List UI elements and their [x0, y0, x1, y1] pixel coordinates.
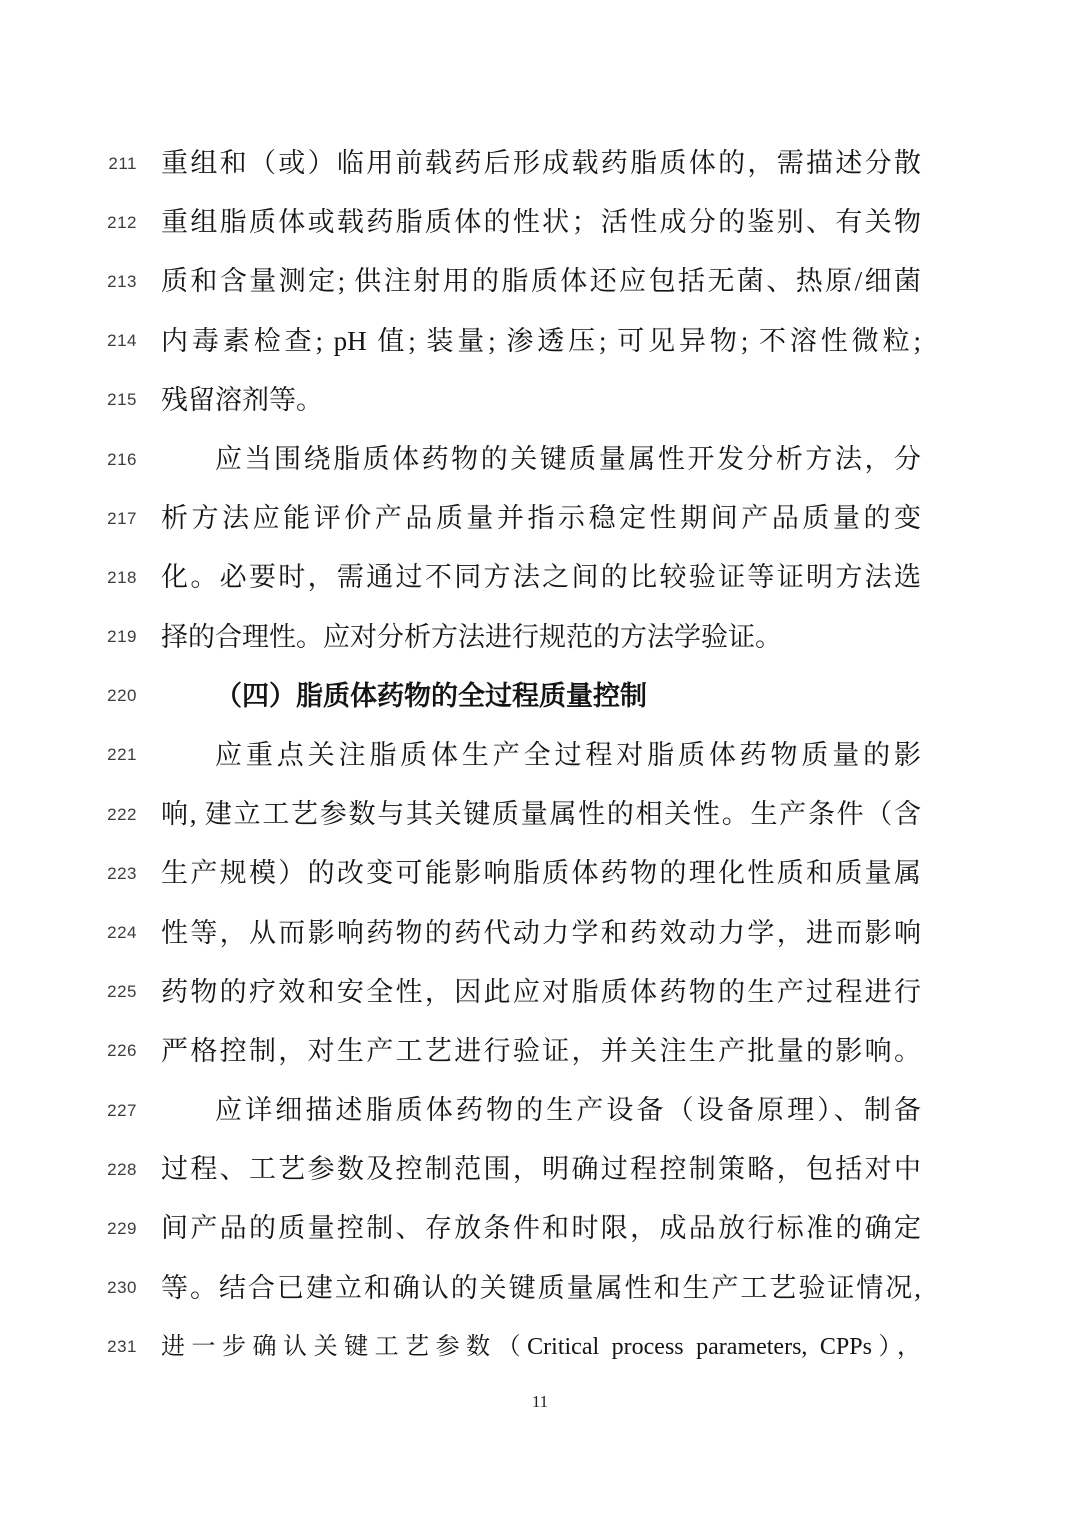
line-text: 应详细描述脂质体药物的生产设备（设备原理）、制备 — [161, 1095, 921, 1126]
line-text: 响, 建立工艺参数与其关键质量属性的相关性。生产条件（含 — [161, 799, 921, 830]
document-line: 219 择的合理性。应对分析方法进行规范的方法学验证。 — [0, 608, 1080, 667]
line-number: 224 — [0, 923, 137, 943]
document-page: 211 重组和（或）临用前载药后形成载药脂质体的，需描述分散 212 重组脂质体… — [0, 0, 1080, 1527]
line-number: 229 — [0, 1219, 137, 1239]
line-text: 过程、工艺参数及控制范围，明确过程控制策略，包括对中 — [161, 1154, 921, 1185]
document-line: 214 内毒素检查; pH 值; 装量; 渗透压; 可见异物; 不溶性微粒; — [0, 312, 1080, 371]
line-text: 析方法应能评价产品质量并指示稳定性期间产品质量的变 — [161, 503, 921, 534]
line-number: 219 — [0, 627, 137, 647]
line-number: 215 — [0, 390, 137, 410]
line-text: 药物的疗效和安全性，因此应对脂质体药物的生产过程进行 — [161, 977, 921, 1008]
document-line: 213 质和含量测定; 供注射用的脂质体还应包括无菌、热原/细菌 — [0, 252, 1080, 311]
line-number: 213 — [0, 272, 137, 292]
line-number: 217 — [0, 509, 137, 529]
line-number: 221 — [0, 745, 137, 765]
document-line: 225 药物的疗效和安全性，因此应对脂质体药物的生产过程进行 — [0, 963, 1080, 1022]
line-text: 内毒素检查; pH 值; 装量; 渗透压; 可见异物; 不溶性微粒; — [161, 326, 921, 357]
line-number: 214 — [0, 331, 137, 351]
line-text: 择的合理性。应对分析方法进行规范的方法学验证。 — [161, 622, 921, 653]
line-text: 重组脂质体或载药脂质体的性状；活性成分的鉴别、有关物 — [161, 207, 921, 238]
line-number: 228 — [0, 1160, 137, 1180]
section-heading: （四）脂质体药物的全过程质量控制 — [161, 681, 921, 712]
document-line: 228 过程、工艺参数及控制范围，明确过程控制策略，包括对中 — [0, 1140, 1080, 1199]
document-line: 211 重组和（或）临用前载药后形成载药脂质体的，需描述分散 — [0, 134, 1080, 193]
line-text: 进一步确认关键工艺参数（Critical process parameters,… — [161, 1334, 921, 1362]
line-text: 性等，从而影响药物的药代动力学和药效动力学，进而影响 — [161, 918, 921, 949]
line-number: 218 — [0, 568, 137, 588]
document-line: 224 性等，从而影响药物的药代动力学和药效动力学，进而影响 — [0, 903, 1080, 962]
document-line: 226 严格控制，对生产工艺进行验证，并关注生产批量的影响。 — [0, 1022, 1080, 1081]
document-line: 223 生产规模）的改变可能影响脂质体药物的理化性质和质量属 — [0, 844, 1080, 903]
section-heading-line: 220 （四）脂质体药物的全过程质量控制 — [0, 667, 1080, 726]
document-body: 211 重组和（或）临用前载药后形成载药脂质体的，需描述分散 212 重组脂质体… — [0, 134, 1080, 1377]
line-number: 225 — [0, 982, 137, 1002]
line-number: 220 — [0, 686, 137, 706]
line-text: 残留溶剂等。 — [161, 385, 921, 416]
document-line: 229 间产品的质量控制、存放条件和时限，成品放行标准的确定 — [0, 1199, 1080, 1258]
document-line: 221 应重点关注脂质体生产全过程对脂质体药物质量的影 — [0, 726, 1080, 785]
line-number: 230 — [0, 1278, 137, 1298]
line-text: 化。必要时，需通过不同方法之间的比较验证等证明方法选 — [161, 562, 921, 593]
document-line: 218 化。必要时，需通过不同方法之间的比较验证等证明方法选 — [0, 548, 1080, 607]
line-text: 间产品的质量控制、存放条件和时限，成品放行标准的确定 — [161, 1213, 921, 1244]
line-number: 223 — [0, 864, 137, 884]
document-line: 216 应当围绕脂质体药物的关键质量属性开发分析方法，分 — [0, 430, 1080, 489]
line-text: 质和含量测定; 供注射用的脂质体还应包括无菌、热原/细菌 — [161, 266, 921, 297]
line-number: 212 — [0, 213, 137, 233]
line-number: 216 — [0, 450, 137, 470]
document-line: 227 应详细描述脂质体药物的生产设备（设备原理）、制备 — [0, 1081, 1080, 1140]
line-number: 226 — [0, 1041, 137, 1061]
document-line: 215 残留溶剂等。 — [0, 371, 1080, 430]
document-line: 231 进一步确认关键工艺参数（Critical process paramet… — [0, 1318, 1080, 1377]
line-text: 等。结合已建立和确认的关键质量属性和生产工艺验证情况, — [161, 1273, 921, 1304]
line-number: 227 — [0, 1101, 137, 1121]
line-text: 应当围绕脂质体药物的关键质量属性开发分析方法，分 — [161, 444, 921, 475]
document-line: 222 响, 建立工艺参数与其关键质量属性的相关性。生产条件（含 — [0, 785, 1080, 844]
document-line: 217 析方法应能评价产品质量并指示稳定性期间产品质量的变 — [0, 489, 1080, 548]
line-text: 严格控制，对生产工艺进行验证，并关注生产批量的影响。 — [161, 1036, 921, 1067]
line-number: 231 — [0, 1337, 137, 1357]
line-number: 211 — [0, 154, 137, 174]
line-text: 重组和（或）临用前载药后形成载药脂质体的，需描述分散 — [161, 148, 921, 179]
page-number: 11 — [0, 1392, 1080, 1412]
line-text: 应重点关注脂质体生产全过程对脂质体药物质量的影 — [161, 740, 921, 771]
line-number: 222 — [0, 805, 137, 825]
line-text: 生产规模）的改变可能影响脂质体药物的理化性质和质量属 — [161, 858, 921, 889]
document-line: 230 等。结合已建立和确认的关键质量属性和生产工艺验证情况, — [0, 1259, 1080, 1318]
document-line: 212 重组脂质体或载药脂质体的性状；活性成分的鉴别、有关物 — [0, 193, 1080, 252]
